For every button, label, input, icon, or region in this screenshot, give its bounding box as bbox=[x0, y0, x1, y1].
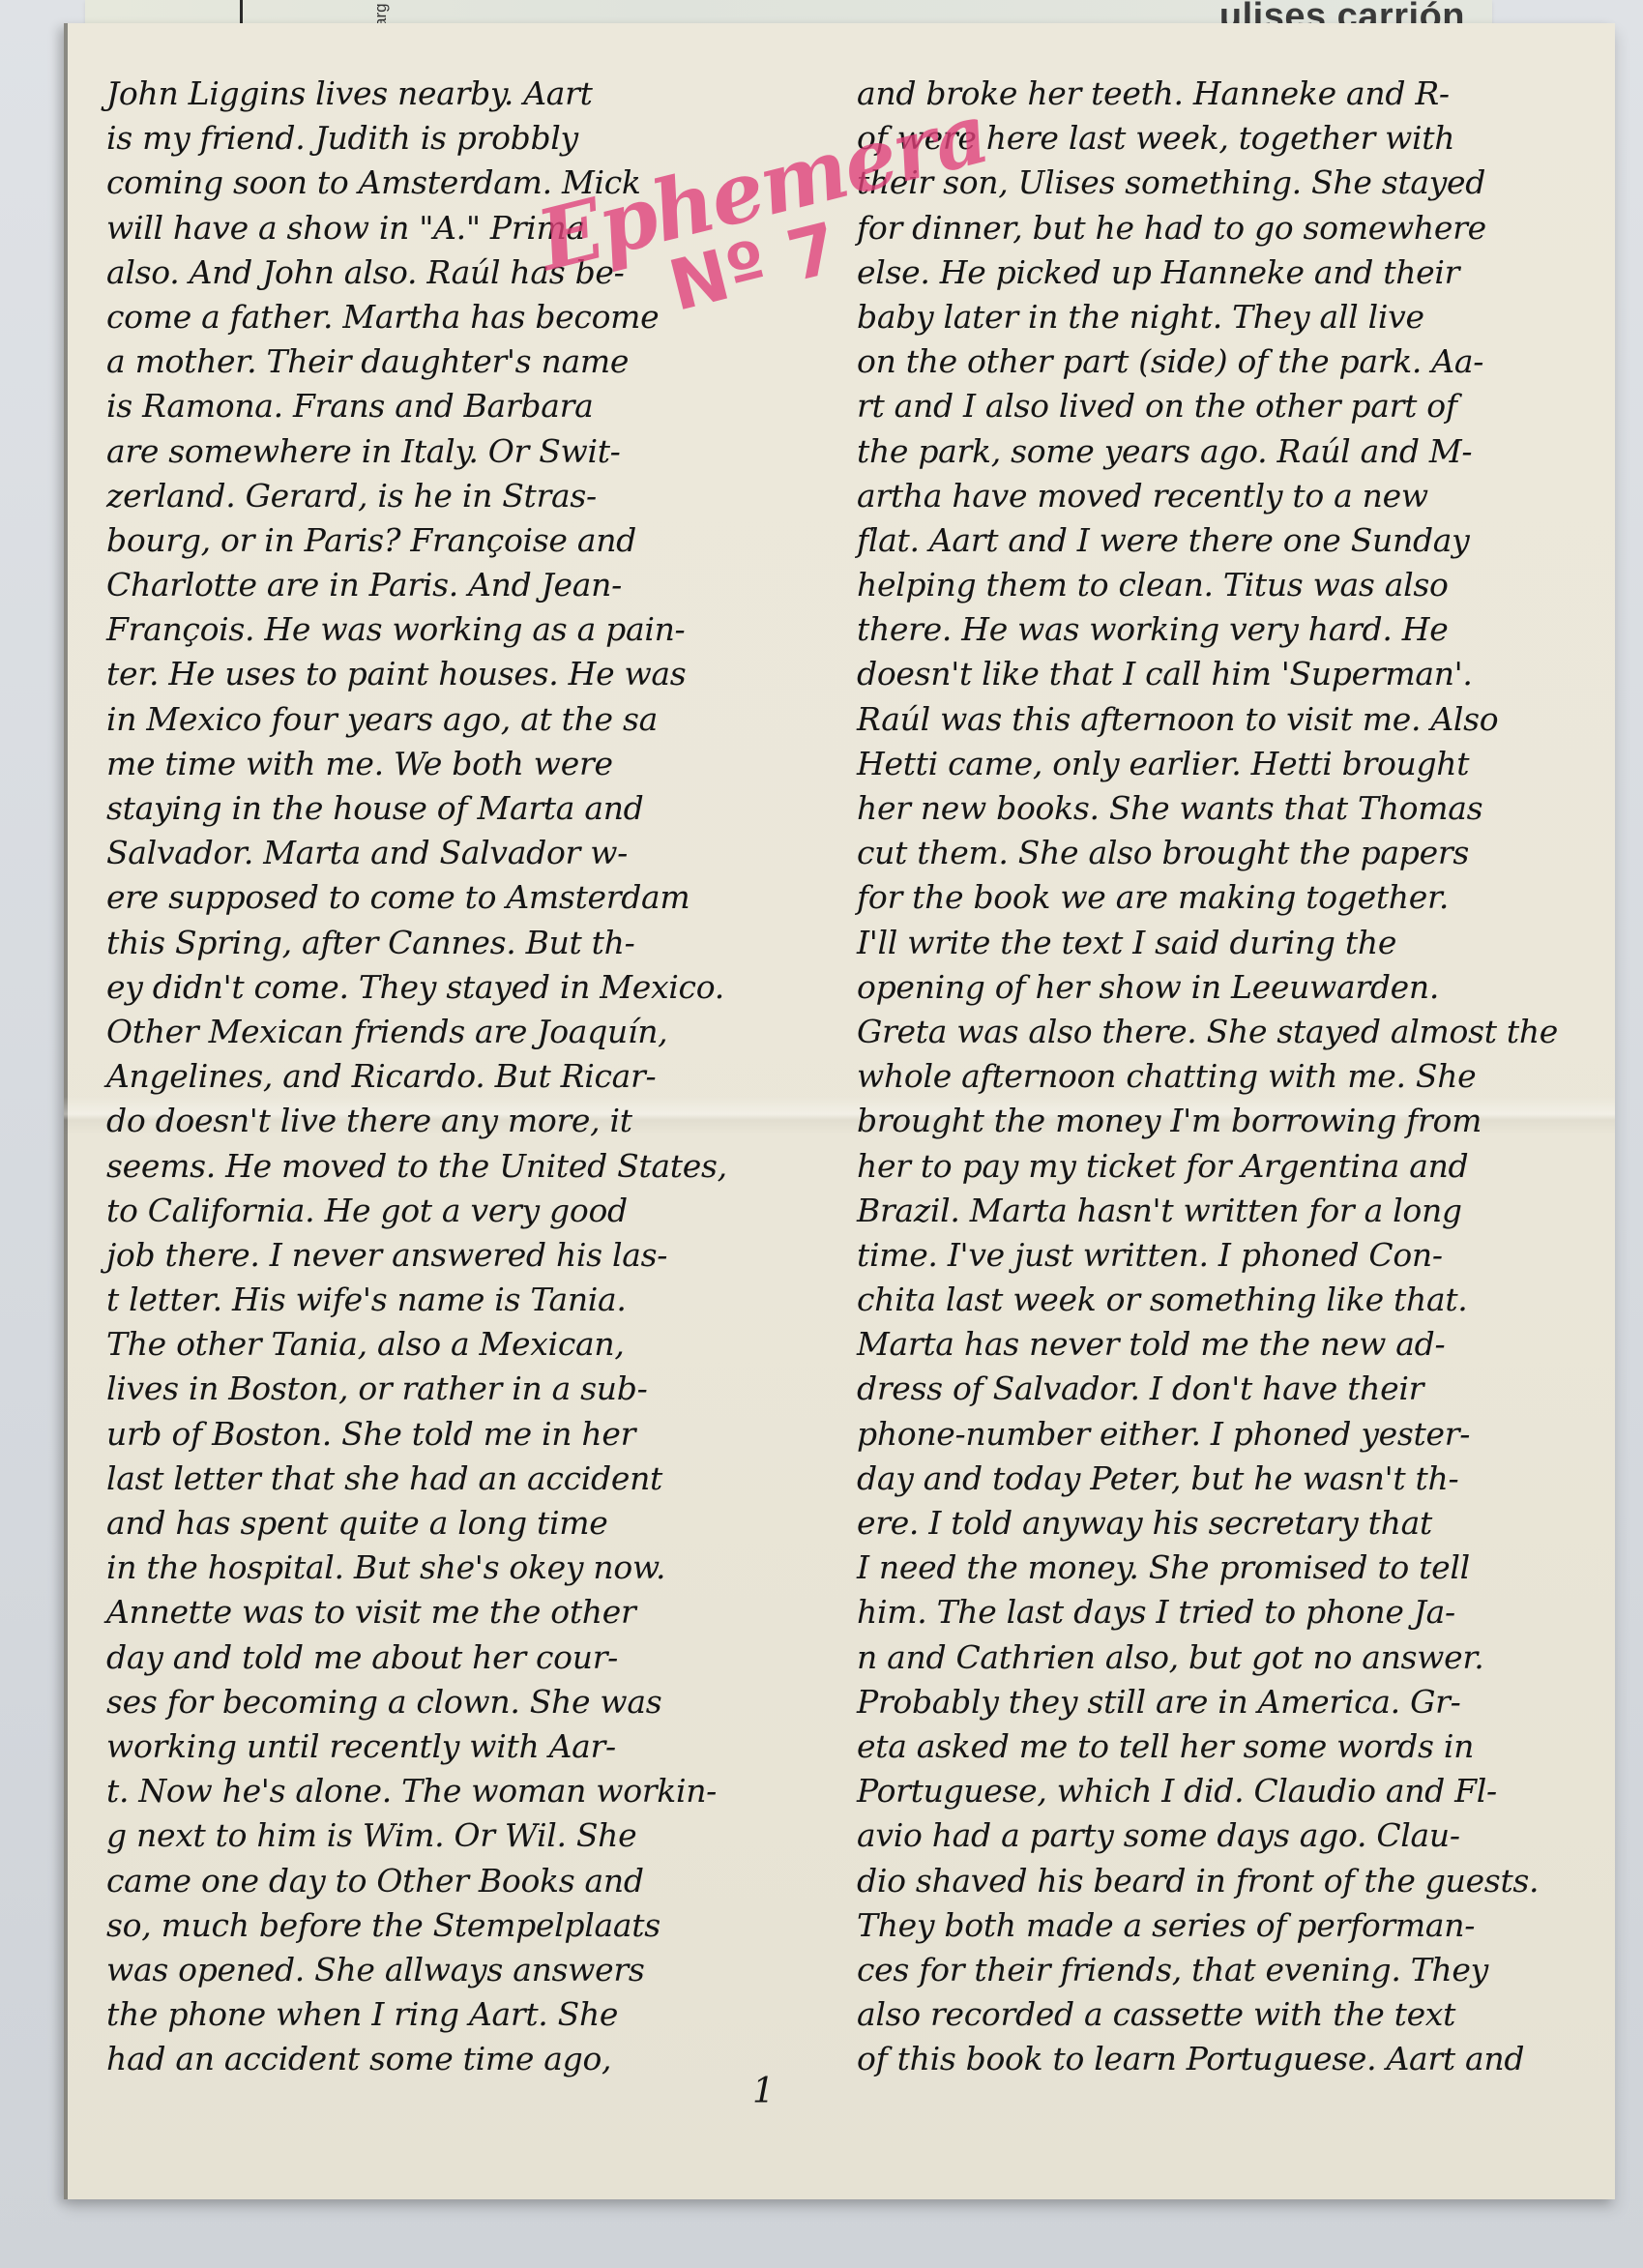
handwritten-line: day and today Peter, but he wasn't th- bbox=[857, 1457, 1553, 1501]
handwritten-line: Annette was to visit me the other bbox=[106, 1590, 783, 1635]
left-text-column: John Liggins lives nearby. Aartis my fri… bbox=[106, 72, 783, 2081]
handwritten-line: me time with me. We both were bbox=[106, 742, 783, 786]
handwritten-line: will have a show in "A." Prima bbox=[106, 206, 783, 250]
handwritten-line: baby later in the night. They all live bbox=[857, 295, 1553, 339]
handwritten-line: I need the money. She promised to tell bbox=[857, 1546, 1553, 1590]
handwritten-line: opening of her show in Leeuwarden. bbox=[857, 965, 1553, 1010]
handwritten-line: ere supposed to come to Amsterdam bbox=[106, 875, 783, 920]
handwritten-line: is my friend. Judith is probbly bbox=[106, 116, 783, 161]
handwritten-line: doesn't like that I call him 'Superman'. bbox=[857, 652, 1553, 696]
handwritten-line: bourg, or in Paris? Françoise and bbox=[106, 518, 783, 563]
handwritten-line: for dinner, but he had to go somewhere bbox=[857, 206, 1553, 250]
page-number: 1 bbox=[752, 2072, 775, 2111]
handwritten-line: The other Tania, also a Mexican, bbox=[106, 1322, 783, 1367]
handwritten-line: lives in Boston, or rather in a sub- bbox=[106, 1367, 783, 1411]
handwritten-line: helping them to clean. Titus was also bbox=[857, 563, 1553, 607]
handwritten-line: t. Now he's alone. The woman workin- bbox=[106, 1769, 783, 1813]
handwritten-line: artha have moved recently to a new bbox=[857, 474, 1553, 518]
handwritten-page: John Liggins lives nearby. Aartis my fri… bbox=[64, 23, 1615, 2199]
handwritten-line: ter. He uses to paint houses. He was bbox=[106, 652, 783, 696]
handwritten-line: ere. I told anyway his secretary that bbox=[857, 1501, 1553, 1546]
handwritten-line: flat. Aart and I were there one Sunday bbox=[857, 518, 1553, 563]
handwritten-line: avio had a party some days ago. Clau- bbox=[857, 1813, 1553, 1858]
handwritten-line: ey didn't come. They stayed in Mexico. bbox=[106, 965, 783, 1010]
handwritten-line: They both made a series of performan- bbox=[857, 1903, 1553, 1948]
right-text-column: and broke her teeth. Hanneke and R-of we… bbox=[857, 72, 1553, 2081]
handwritten-line: was opened. She allways answers bbox=[106, 1948, 783, 1992]
handwritten-line: Probably they still are in America. Gr- bbox=[857, 1680, 1553, 1724]
handwritten-line: Brazil. Marta hasn't written for a long bbox=[857, 1189, 1553, 1233]
handwritten-line: zerland. Gerard, is he in Stras- bbox=[106, 474, 783, 518]
handwritten-line: a mother. Their daughter's name bbox=[106, 339, 783, 384]
handwritten-line: ses for becoming a clown. She was bbox=[106, 1680, 783, 1724]
handwritten-line: brought the money I'm borrowing from bbox=[857, 1099, 1553, 1143]
handwritten-line: Raúl was this afternoon to visit me. Als… bbox=[857, 697, 1553, 742]
handwritten-line: Portuguese, which I did. Claudio and Fl- bbox=[857, 1769, 1553, 1813]
handwritten-line: and broke her teeth. Hanneke and R- bbox=[857, 72, 1553, 116]
handwritten-line: her to pay my ticket for Argentina and bbox=[857, 1144, 1553, 1189]
handwritten-line: Other Mexican friends are Joaquín, bbox=[106, 1010, 783, 1054]
handwritten-line: phone-number either. I phoned yester- bbox=[857, 1412, 1553, 1457]
handwritten-line: Hetti came, only earlier. Hetti brought bbox=[857, 742, 1553, 786]
handwritten-line: t letter. His wife's name is Tania. bbox=[106, 1278, 783, 1322]
handwritten-line: had an accident some time ago, bbox=[106, 2037, 783, 2081]
handwritten-line: there. He was working very hard. He bbox=[857, 607, 1553, 652]
handwritten-line: job there. I never answered his las- bbox=[106, 1233, 783, 1278]
handwritten-line: cut them. She also brought the papers bbox=[857, 831, 1553, 875]
handwritten-line: him. The last days I tried to phone Ja- bbox=[857, 1590, 1553, 1635]
handwritten-line: came one day to Other Books and bbox=[106, 1859, 783, 1903]
handwritten-line: dio shaved his beard in front of the gue… bbox=[857, 1859, 1553, 1903]
handwritten-line: ces for their friends, that evening. The… bbox=[857, 1948, 1553, 1992]
handwritten-line: working until recently with Aar- bbox=[106, 1724, 783, 1769]
handwritten-line: rt and I also lived on the other part of bbox=[857, 384, 1553, 428]
handwritten-line: this Spring, after Cannes. But th- bbox=[106, 921, 783, 965]
handwritten-line: urb of Boston. She told me in her bbox=[106, 1412, 783, 1457]
handwritten-line: seems. He moved to the United States, bbox=[106, 1144, 783, 1189]
handwritten-line: eta asked me to tell her some words in bbox=[857, 1724, 1553, 1769]
handwritten-line: Charlotte are in Paris. And Jean- bbox=[106, 563, 783, 607]
handwritten-line: I'll write the text I said during the bbox=[857, 921, 1553, 965]
handwritten-line: John Liggins lives nearby. Aart bbox=[106, 72, 783, 116]
handwritten-line: day and told me about her cour- bbox=[106, 1635, 783, 1680]
handwritten-line: Marta has never told me the new ad- bbox=[857, 1322, 1553, 1367]
handwritten-line: also. And John also. Raúl has be- bbox=[106, 250, 783, 295]
handwritten-line: do doesn't live there any more, it bbox=[106, 1099, 783, 1143]
handwritten-line: in Mexico four years ago, at the sa bbox=[106, 697, 783, 742]
handwritten-line: of were here last week, together with bbox=[857, 116, 1553, 161]
handwritten-line: Greta was also there. She stayed almost … bbox=[857, 1010, 1553, 1054]
handwritten-line: dress of Salvador. I don't have their bbox=[857, 1367, 1553, 1411]
handwritten-line: whole afternoon chatting with me. She bbox=[857, 1054, 1553, 1099]
handwritten-line: g next to him is Wim. Or Wil. She bbox=[106, 1813, 783, 1858]
handwritten-line: Angelines, and Ricardo. But Ricar- bbox=[106, 1054, 783, 1099]
handwritten-line: staying in the house of Marta and bbox=[106, 786, 783, 831]
handwritten-line: Salvador. Marta and Salvador w- bbox=[106, 831, 783, 875]
handwritten-line: the phone when I ring Aart. She bbox=[106, 1992, 783, 2037]
handwritten-line: to California. He got a very good bbox=[106, 1189, 783, 1233]
handwritten-line: also recorded a cassette with the text bbox=[857, 1992, 1553, 2037]
handwritten-line: on the other part (side) of the park. Aa… bbox=[857, 339, 1553, 384]
handwritten-line: of this book to learn Portuguese. Aart a… bbox=[857, 2037, 1553, 2081]
handwritten-line: n and Cathrien also, but got no answer. bbox=[857, 1635, 1553, 1680]
handwritten-line: time. I've just written. I phoned Con- bbox=[857, 1233, 1553, 1278]
handwritten-line: last letter that she had an accident bbox=[106, 1457, 783, 1501]
handwritten-line: come a father. Martha has become bbox=[106, 295, 783, 339]
handwritten-line: are somewhere in Italy. Or Swit- bbox=[106, 429, 783, 474]
handwritten-line: coming soon to Amsterdam. Mick bbox=[106, 161, 783, 205]
handwritten-line: chita last week or something like that. bbox=[857, 1278, 1553, 1322]
handwritten-line: and has spent quite a long time bbox=[106, 1501, 783, 1546]
handwritten-line: else. He picked up Hanneke and their bbox=[857, 250, 1553, 295]
handwritten-line: so, much before the Stempelplaats bbox=[106, 1903, 783, 1948]
handwritten-line: the park, some years ago. Raúl and M- bbox=[857, 429, 1553, 474]
handwritten-line: in the hospital. But she's okey now. bbox=[106, 1546, 783, 1590]
handwritten-line: her new books. She wants that Thomas bbox=[857, 786, 1553, 831]
handwritten-line: for the book we are making together. bbox=[857, 875, 1553, 920]
handwritten-line: their son, Ulises something. She stayed bbox=[857, 161, 1553, 205]
handwritten-line: François. He was working as a pain- bbox=[106, 607, 783, 652]
handwritten-line: is Ramona. Frans and Barbara bbox=[106, 384, 783, 428]
